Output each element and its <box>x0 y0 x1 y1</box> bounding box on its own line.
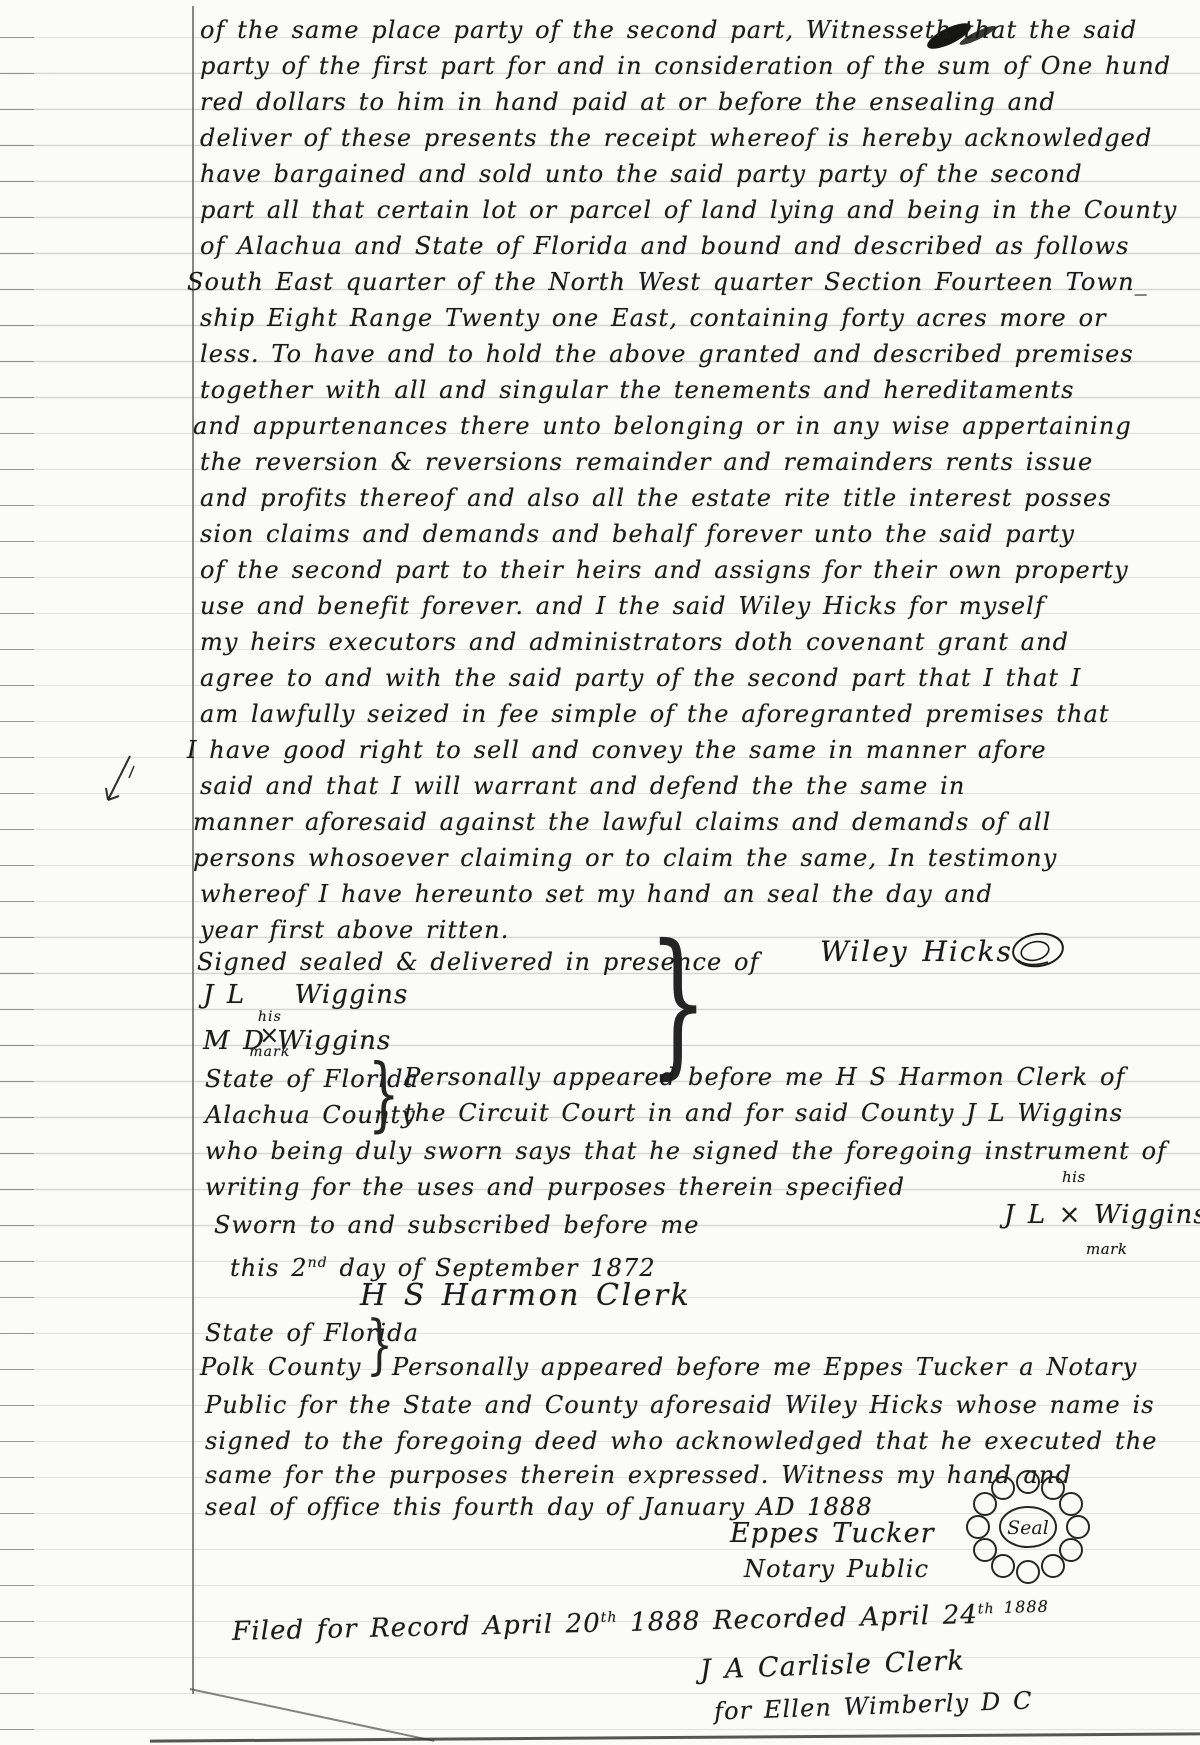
filing-post: 1888 <box>994 1597 1049 1617</box>
deed-line: of Alachua and State of Florida and boun… <box>200 231 1130 261</box>
ack2-line2: Public for the State and County aforesai… <box>205 1390 1155 1420</box>
ack1-line1: Personally appeared before me H S Harmon… <box>404 1062 1126 1092</box>
deed-line: South East quarter of the North West qua… <box>187 267 1148 297</box>
ack1-date-sup: nd <box>308 1255 328 1271</box>
margin-ticks <box>0 0 34 1745</box>
ack1-signer-his: his <box>1062 1168 1086 1186</box>
deed-line: the reversion & reversions remainder and… <box>200 447 1093 477</box>
ack2-line4: same for the purposes therein expressed.… <box>205 1460 1072 1490</box>
witness1-initials: J L <box>203 980 245 1010</box>
deed-line: together with all and singular the tenem… <box>200 375 1075 405</box>
deed-line: party of the first part for and in consi… <box>200 51 1171 81</box>
ack1-date-pre: this 2 <box>230 1254 308 1282</box>
margin-check-mark <box>96 752 140 810</box>
deed-line: my heirs executors and administrators do… <box>200 627 1069 657</box>
ack1-signer-name: J L × Wiggins <box>1004 1200 1200 1230</box>
deed-line: deliver of these presents the receipt wh… <box>200 123 1152 153</box>
notary-seal: Seal <box>958 1468 1098 1586</box>
deed-line: and profits thereof and also all the est… <box>200 483 1112 513</box>
notary-seal-text: Seal <box>1007 1517 1049 1539</box>
witness1-surname: Wiggins <box>294 980 408 1010</box>
ack2-brace: } <box>366 1312 393 1377</box>
ack2-line1: Personally appeared before me Eppes Tuck… <box>392 1352 1137 1382</box>
deed-line: of the second part to their heirs and as… <box>200 555 1129 585</box>
notary-title: Notary Public <box>744 1554 929 1584</box>
deed-line: red dollars to him in hand paid at or be… <box>200 87 1056 117</box>
deed-line: have bargained and sold unto the said pa… <box>200 159 1083 189</box>
grantor-signature: Wiley Hicks <box>820 935 1013 968</box>
deed-line: manner aforesaid against the lawful clai… <box>193 807 1051 837</box>
filing-sup2: th <box>978 1601 995 1617</box>
deed-line: use and benefit forever. and I the said … <box>200 591 1045 621</box>
witness2-signature: M D Wiggins <box>203 1026 391 1056</box>
deed-line: ship Eight Range Twenty one East, contai… <box>200 303 1107 333</box>
filing-sup1: th <box>601 1610 618 1626</box>
deed-line: I have good right to sell and convey the… <box>187 735 1047 765</box>
ack1-sworn-line: Sworn to and subscribed before me <box>214 1210 700 1240</box>
deed-line: whereof I have hereunto set my hand an s… <box>200 879 993 909</box>
grantor-seal-flourish <box>1008 928 1066 972</box>
deed-line: said and that I will warrant and defend … <box>200 771 965 801</box>
ack1-clerk-signature: H S Harmon Clerk <box>360 1278 691 1313</box>
ack1-line3: who being duly sworn says that he signed… <box>205 1136 1167 1166</box>
deed-page: of the same place party of the second pa… <box>0 0 1200 1745</box>
deed-line: less. To have and to hold the above gran… <box>200 339 1134 369</box>
deed-line: am lawfully seized in fee simple of the … <box>200 699 1110 729</box>
deed-line: persons whosoever claiming or to claim t… <box>193 843 1057 873</box>
ack1-signer-mark: mark <box>1086 1240 1127 1258</box>
deed-line: year first above ritten. <box>200 915 509 945</box>
deed-line: agree to and with the said party of the … <box>200 663 1081 693</box>
attestation-brace: } <box>648 924 708 1082</box>
deed-line: and appurtenances there unto belonging o… <box>193 411 1132 441</box>
ack2-line3: signed to the foregoing deed who acknowl… <box>205 1426 1158 1456</box>
deed-line: part all that certain lot or parcel of l… <box>200 195 1177 225</box>
ack1-brace: } <box>368 1054 400 1135</box>
deed-line: sion claims and demands and behalf forev… <box>200 519 1075 549</box>
ack1-line2: the Circuit Court in and for said County… <box>404 1098 1123 1128</box>
ack2-county: Polk County <box>200 1352 362 1382</box>
deed-line: of the same place party of the second pa… <box>200 15 1137 45</box>
notary-signature: Eppes Tucker <box>730 1518 935 1549</box>
ack1-line4: writing for the uses and purposes therei… <box>205 1172 905 1202</box>
